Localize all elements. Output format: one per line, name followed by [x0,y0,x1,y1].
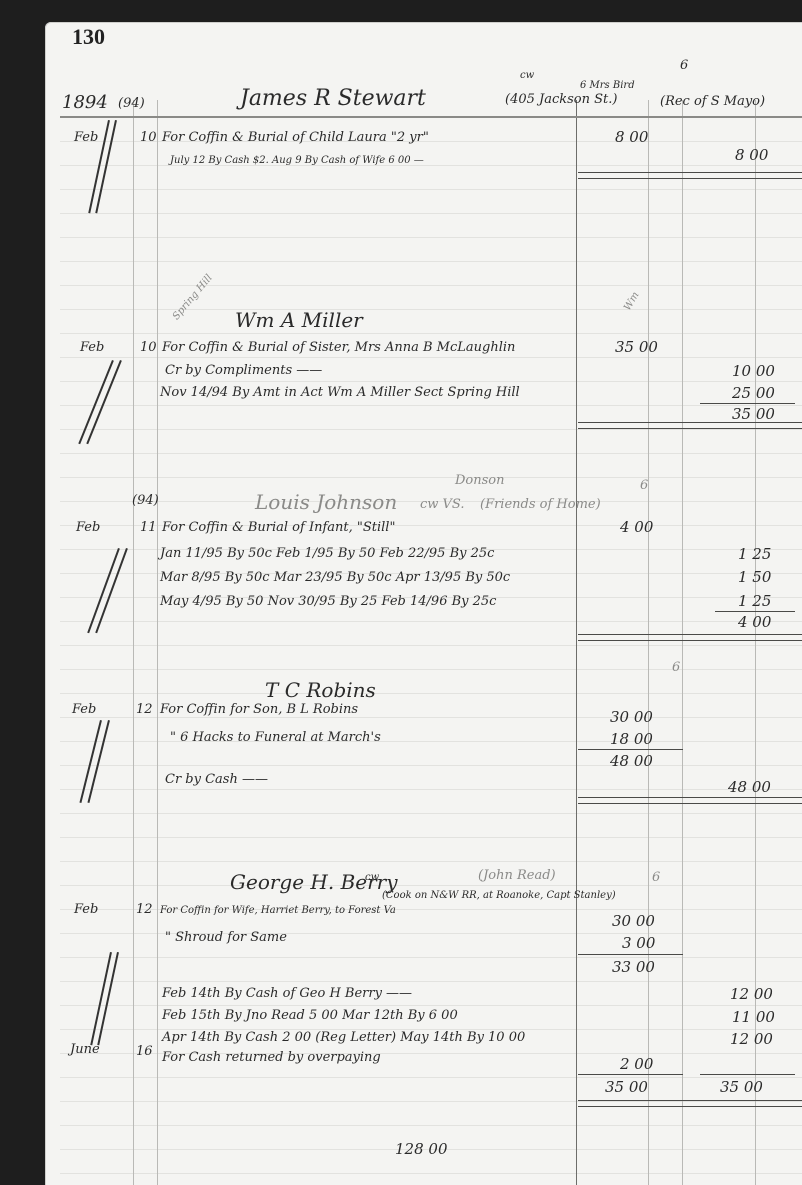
header-rule [60,116,802,118]
name-sup: cw [365,872,379,883]
page-number: 130 [72,24,105,50]
double-rule [578,1100,802,1107]
page-footer-total: 128 00 [395,1140,448,1158]
credit-total: 35 00 [732,405,775,423]
double-rule [578,172,802,179]
account-name: Louis Johnson [255,490,397,514]
line-month: Feb [74,130,98,145]
credit-total: 35 00 [720,1078,763,1096]
sum-rule [578,749,683,750]
line-day: 16 [136,1044,153,1059]
name-sup: cw [520,70,534,81]
account-name: T C Robins [265,678,376,702]
check-mark: 6 [680,58,688,73]
line-text: " Shroud for Same [165,930,287,945]
sum-rule [700,1074,795,1075]
double-rule [578,797,802,804]
column-line-month [133,100,134,1185]
column-line-credit-left [682,100,683,1185]
line-day: 11 [140,520,157,535]
line-text: For Cash returned by overpaying [162,1050,381,1065]
credit-amount: 12 00 [730,985,773,1003]
address-note: (John Read) [478,868,556,883]
name-suffix: cw VS. [420,497,465,512]
credit-amount: 48 00 [728,778,771,796]
line-text: For Coffin & Burial of Sister, Mrs Anna … [162,340,515,355]
line-day: 10 [140,340,157,355]
credit-amount: 1 25 [738,545,771,563]
line-text: Mar 8/95 By 50c Mar 23/95 By 50c Apr 13/… [160,570,510,585]
debit-amount: 35 00 [615,338,658,356]
sum-rule [700,403,795,404]
credit-amount: 10 00 [732,362,775,380]
line-day: 12 [136,902,153,917]
account-name: James R Stewart [240,86,426,111]
column-line-day [157,100,158,1185]
line-text: May 4/95 By 50 Nov 30/95 By 25 Feb 14/96… [160,594,496,609]
address: (Cook on N&W RR, at Roanoke, Capt Stanle… [382,890,616,901]
sum-rule [578,1074,683,1075]
debit-amount: 18 00 [610,730,653,748]
ruled-lines [60,118,802,1185]
line-text: For Coffin & Burial of Child Laura "2 yr… [162,130,429,145]
line-text: Nov 14/94 By Amt in Act Wm A Miller Sect… [160,385,520,400]
debit-total: 35 00 [605,1078,648,1096]
name-correction: Donson [455,473,505,488]
line-month: Feb [76,520,100,535]
year: 1894 [62,92,108,113]
column-line-debit-left [576,100,577,1185]
line-text: Apr 14th By Cash 2 00 (Reg Letter) May 1… [162,1030,525,1045]
line-month: Feb [74,902,98,917]
line-text: Feb 15th By Jno Read 5 00 Mar 12th By 6 … [162,1008,458,1023]
check-mark: 6 [640,478,648,493]
check-mark: 6 [672,660,680,675]
line-day: 12 [136,702,153,717]
line-text: For Coffin for Son, B L Robins [160,702,358,717]
line-text: Jan 11/95 By 50c Feb 1/95 By 50 Feb 22/9… [160,546,494,561]
debit-amount: 2 00 [620,1055,653,1073]
debit-amount: 30 00 [610,708,653,726]
check-mark: 6 [652,870,660,885]
line-month: Feb [72,702,96,717]
debit-amount: 3 00 [622,934,655,952]
line-text: Cr by Compliments —— [165,363,322,378]
credit-amount: 11 00 [732,1008,775,1026]
debit-subtotal: 33 00 [612,958,655,976]
address: (405 Jackson St.) [505,92,617,107]
credit-amount: 12 00 [730,1030,773,1048]
line-month: Feb [80,340,104,355]
address-note: 6 Mrs Bird [580,80,635,91]
credit-amount: 25 00 [732,384,775,402]
credit-amount: 1 50 [738,568,771,586]
account-name: Wm A Miller [235,308,363,332]
credit-amount: 8 00 [735,146,768,164]
remark: (Rec of S Mayo) [660,94,765,109]
sum-rule [578,954,683,955]
line-text: For Coffin & Burial of Infant, "Still" [162,520,395,535]
column-line-debit-cents [648,100,649,1185]
credit-total: 4 00 [738,613,771,631]
line-text: Feb 14th By Cash of Geo H Berry —— [162,986,412,1001]
year-note: (94) [118,96,145,111]
line-day: 10 [140,130,157,145]
line-text: For Coffin for Wife, Harriet Berry, to F… [160,905,396,916]
line-text: July 12 By Cash $2. Aug 9 By Cash of Wif… [170,155,424,166]
line-text: " 6 Hacks to Funeral at March's [170,730,381,745]
double-rule [578,634,802,641]
remark: (Friends of Home) [480,497,601,512]
debit-amount: 8 00 [615,128,648,146]
year-note: (94) [132,493,159,508]
double-rule [578,422,802,429]
sum-rule [715,611,795,612]
line-month: June [70,1042,100,1057]
debit-total: 48 00 [610,752,653,770]
line-text: Cr by Cash —— [165,772,268,787]
debit-amount: 30 00 [612,912,655,930]
credit-amount: 1 25 [738,592,771,610]
debit-amount: 4 00 [620,518,653,536]
